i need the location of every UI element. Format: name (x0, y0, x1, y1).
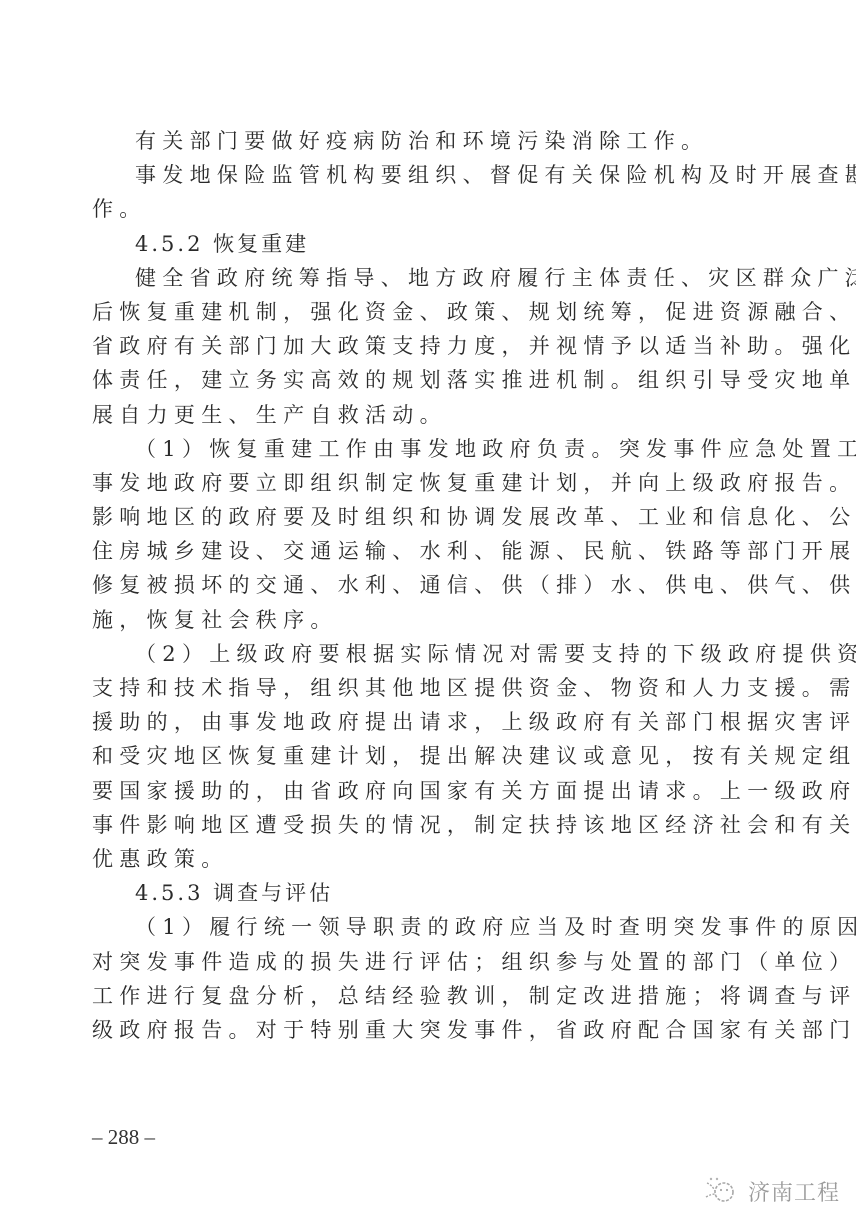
watermark: 济南工程 (702, 1175, 840, 1207)
text-line: （2）上级政府要根据实际情况对需要支持的下级政府提供资金、物资 (92, 637, 782, 671)
text-line: 级政府报告。对于特别重大突发事件，省政府配合国家有关部门进行调查评 (92, 1013, 782, 1047)
text-line: 要国家援助的，由省政府向国家有关方面提出请求。上一级政府根据受突发 (92, 774, 782, 808)
section-heading-4-5-3: 4.5.3 调查与评估 (92, 876, 782, 910)
wechat-official-account-icon (702, 1175, 742, 1207)
text-line: 优惠政策。 (92, 842, 782, 876)
text-line: 有关部门要做好疫病防治和环境污染消除工作。 (92, 124, 782, 158)
text-line: 施，恢复社会秩序。 (92, 603, 782, 637)
text-line: 住房城乡建设、交通运输、水利、能源、民航、铁路等部门开展工作，尽快 (92, 534, 782, 568)
text-line: 影响地区的政府要及时组织和协调发展改革、工业和信息化、公安、财政、 (92, 500, 782, 534)
text-line: （1）履行统一领导职责的政府应当及时查明突发事件的原因和过程， (92, 910, 782, 944)
text-line: 事件影响地区遭受损失的情况，制定扶持该地区经济社会和有关行业发展的 (92, 808, 782, 842)
text-line: 展自力更生、生产自救活动。 (92, 398, 782, 432)
text-line: 事发地政府要立即组织制定恢复重建计划，并向上级政府报告。受突发事件 (92, 466, 782, 500)
text-line: 援助的，由事发地政府提出请求，上级政府有关部门根据灾害评估调查报告 (92, 705, 782, 739)
text-line: 体责任，建立务实高效的规划落实推进机制。组织引导受灾地单位、群众开 (92, 363, 782, 397)
text-line: 作。 (92, 192, 782, 226)
document-body: 有关部门要做好疫病防治和环境污染消除工作。 事发地保险监管机构要组织、督促有关保… (92, 124, 782, 1047)
text-line: 支持和技术指导，组织其他地区提供资金、物资和人力支援。需要上级政府 (92, 671, 782, 705)
text-line: 和受灾地区恢复重建计划，提出解决建议或意见，按有关规定组织实施。需 (92, 739, 782, 773)
text-line: 后恢复重建机制，强化资金、政策、规划统筹，促进资源融合、效能提升。 (92, 295, 782, 329)
text-line: （1）恢复重建工作由事发地政府负责。突发事件应急处置工作结束后， (92, 432, 782, 466)
text-line: 对突发事件造成的损失进行评估；组织参与处置的部门（单位）对应急处置 (92, 945, 782, 979)
text-line: 修复被损坏的交通、水利、通信、供（排）水、供电、供气、供热等公共设 (92, 568, 782, 602)
watermark-text: 济南工程 (748, 1176, 840, 1207)
text-line: 健全省政府统筹指导、地方政府履行主体责任、灾区群众广泛参与的灾 (92, 261, 782, 295)
text-line: 事发地保险监管机构要组织、督促有关保险机构及时开展查勘和理赔工 (92, 158, 782, 192)
page-number: – 288 – (92, 1125, 155, 1150)
section-heading-4-5-2: 4.5.2 恢复重建 (92, 227, 782, 261)
text-line: 省政府有关部门加大政策支持力度，并视情予以适当补助。强化地方重建主 (92, 329, 782, 363)
text-line: 工作进行复盘分析，总结经验教训，制定改进措施；将调查与评估情况向上 (92, 979, 782, 1013)
